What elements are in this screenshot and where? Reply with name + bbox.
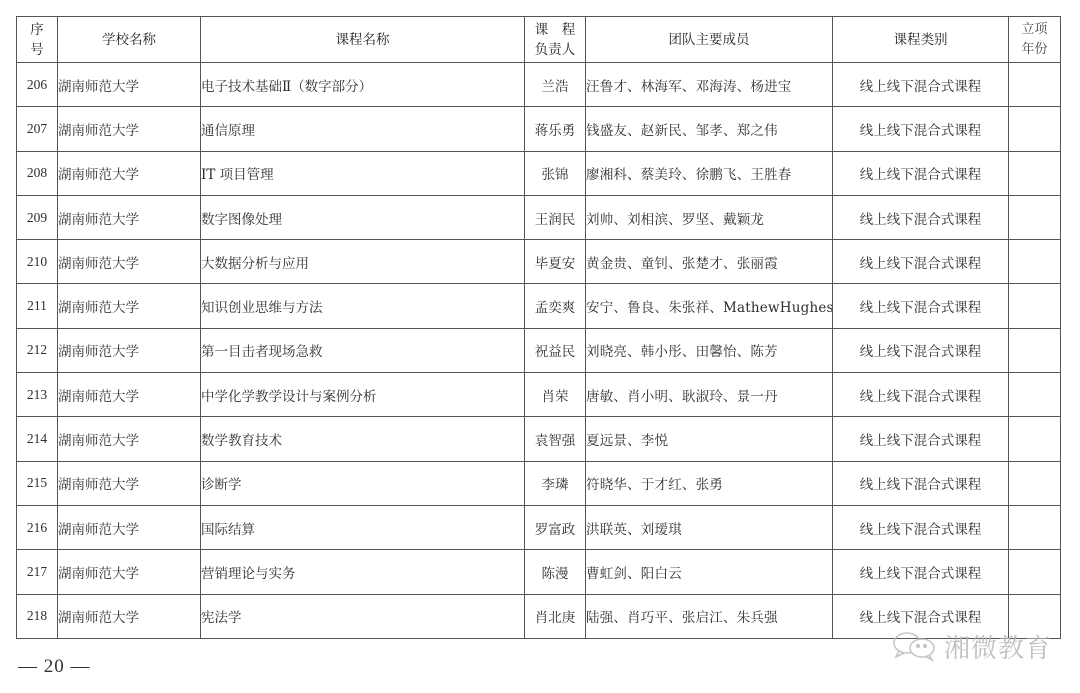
cell-year: [1009, 151, 1061, 195]
table-row: 211湖南师范大学知识创业思维与方法孟奕爽安宁、鲁良、朱张祥、MathewHug…: [17, 284, 1061, 328]
cell-lead: 蒋乐勇: [525, 107, 586, 151]
cell-course: 中学化学教学设计与案例分析: [201, 373, 525, 417]
cell-num: 206: [17, 63, 58, 107]
cell-year: [1009, 417, 1061, 461]
cell-team: 唐敏、肖小明、耿淑玲、景一丹: [586, 373, 833, 417]
cell-num: 212: [17, 328, 58, 372]
cell-lead: 袁智强: [525, 417, 586, 461]
cell-type: 线上线下混合式课程: [833, 417, 1009, 461]
cell-team: 曹虹剑、阳白云: [586, 550, 833, 594]
cell-year: [1009, 328, 1061, 372]
cell-course: 第一目击者现场急救: [201, 328, 525, 372]
cell-team: 夏远景、李悦: [586, 417, 833, 461]
cell-type: 线上线下混合式课程: [833, 328, 1009, 372]
cell-team: 陆强、肖巧平、张启江、朱兵强: [586, 594, 833, 638]
cell-school: 湖南师范大学: [58, 461, 201, 505]
cell-num: 218: [17, 594, 58, 638]
cell-num: 207: [17, 107, 58, 151]
cell-lead: 陈漫: [525, 550, 586, 594]
cell-course: 数字图像处理: [201, 195, 525, 239]
table-row: 207湖南师范大学通信原理蒋乐勇钱盛友、赵新民、邹孝、郑之伟线上线下混合式课程: [17, 107, 1061, 151]
cell-team: 刘晓亮、韩小彤、田馨怡、陈芳: [586, 328, 833, 372]
cell-course: 国际结算: [201, 505, 525, 549]
table-row: 210湖南师范大学大数据分析与应用毕夏安黄金贵、童钊、张楚才、张丽霞线上线下混合…: [17, 240, 1061, 284]
cell-type: 线上线下混合式课程: [833, 240, 1009, 284]
table-row: 208湖南师范大学IT 项目管理张锦廖湘科、蔡美玲、徐鹏飞、王胜春线上线下混合式…: [17, 151, 1061, 195]
header-type: 课程类别: [833, 17, 1009, 63]
cell-num: 214: [17, 417, 58, 461]
cell-lead: 兰浩: [525, 63, 586, 107]
table-row: 214湖南师范大学数学教育技术袁智强夏远景、李悦线上线下混合式课程: [17, 417, 1061, 461]
document-page: 序 号 学校名称 课程名称 课 程 负责人 团队主要成员 课程类别 立项 年份 …: [0, 0, 1080, 693]
cell-team: 钱盛友、赵新民、邹孝、郑之伟: [586, 107, 833, 151]
cell-course: 知识创业思维与方法: [201, 284, 525, 328]
cell-lead: 祝益民: [525, 328, 586, 372]
cell-school: 湖南师范大学: [58, 240, 201, 284]
cell-year: [1009, 550, 1061, 594]
cell-school: 湖南师范大学: [58, 594, 201, 638]
table-row: 212湖南师范大学第一目击者现场急救祝益民刘晓亮、韩小彤、田馨怡、陈芳线上线下混…: [17, 328, 1061, 372]
cell-num: 210: [17, 240, 58, 284]
header-lead: 课 程 负责人: [525, 17, 586, 63]
cell-course: 营销理论与实务: [201, 550, 525, 594]
cell-num: 213: [17, 373, 58, 417]
table-row: 206湖南师范大学电子技术基础Ⅱ（数字部分）兰浩汪鲁才、林海军、邓海涛、杨进宝线…: [17, 63, 1061, 107]
cell-team: 刘帅、刘相滨、罗坚、戴颖龙: [586, 195, 833, 239]
cell-num: 211: [17, 284, 58, 328]
course-table: 序 号 学校名称 课程名称 课 程 负责人 团队主要成员 课程类别 立项 年份 …: [16, 16, 1061, 639]
cell-school: 湖南师范大学: [58, 417, 201, 461]
header-team: 团队主要成员: [586, 17, 833, 63]
cell-type: 线上线下混合式课程: [833, 461, 1009, 505]
cell-team: 廖湘科、蔡美玲、徐鹏飞、王胜春: [586, 151, 833, 195]
cell-course: 诊断学: [201, 461, 525, 505]
cell-team: 黄金贵、童钊、张楚才、张丽霞: [586, 240, 833, 284]
wechat-icon: [892, 629, 938, 663]
cell-type: 线上线下混合式课程: [833, 284, 1009, 328]
page-number: — 20 —: [18, 656, 91, 678]
cell-school: 湖南师范大学: [58, 107, 201, 151]
cell-type: 线上线下混合式课程: [833, 63, 1009, 107]
cell-num: 209: [17, 195, 58, 239]
cell-lead: 肖荣: [525, 373, 586, 417]
table-row: 216湖南师范大学国际结算罗富政洪联英、刘瑷琪线上线下混合式课程: [17, 505, 1061, 549]
table-row: 217湖南师范大学营销理论与实务陈漫曹虹剑、阳白云线上线下混合式课程: [17, 550, 1061, 594]
cell-school: 湖南师范大学: [58, 328, 201, 372]
cell-year: [1009, 240, 1061, 284]
cell-num: 217: [17, 550, 58, 594]
table-row: 215湖南师范大学诊断学李璘符晓华、于才红、张勇线上线下混合式课程: [17, 461, 1061, 505]
cell-course: 大数据分析与应用: [201, 240, 525, 284]
cell-year: [1009, 63, 1061, 107]
cell-year: [1009, 107, 1061, 151]
cell-lead: 毕夏安: [525, 240, 586, 284]
cell-school: 湖南师范大学: [58, 550, 201, 594]
cell-num: 208: [17, 151, 58, 195]
cell-lead: 王润民: [525, 195, 586, 239]
header-num-line1: 序: [17, 20, 57, 40]
cell-course: IT 项目管理: [201, 151, 525, 195]
cell-year: [1009, 284, 1061, 328]
cell-course: 电子技术基础Ⅱ（数字部分）: [201, 63, 525, 107]
cell-school: 湖南师范大学: [58, 505, 201, 549]
cell-lead: 李璘: [525, 461, 586, 505]
cell-lead: 孟奕爽: [525, 284, 586, 328]
cell-lead: 张锦: [525, 151, 586, 195]
cell-year: [1009, 373, 1061, 417]
cell-course: 宪法学: [201, 594, 525, 638]
cell-year: [1009, 461, 1061, 505]
cell-team: 符晓华、于才红、张勇: [586, 461, 833, 505]
header-year: 立项 年份: [1009, 17, 1061, 63]
cell-type: 线上线下混合式课程: [833, 550, 1009, 594]
watermark-text: 湘微教育: [944, 628, 1052, 665]
cell-num: 215: [17, 461, 58, 505]
cell-school: 湖南师范大学: [58, 373, 201, 417]
header-lead-line2: 负责人: [525, 40, 585, 60]
header-school: 学校名称: [58, 17, 201, 63]
cell-team: 安宁、鲁良、朱张祥、MathewHughes: [586, 284, 833, 328]
cell-num: 216: [17, 505, 58, 549]
header-num-line2: 号: [17, 40, 57, 60]
cell-type: 线上线下混合式课程: [833, 505, 1009, 549]
cell-type: 线上线下混合式课程: [833, 195, 1009, 239]
cell-lead: 罗富政: [525, 505, 586, 549]
cell-course: 数学教育技术: [201, 417, 525, 461]
table-body: 206湖南师范大学电子技术基础Ⅱ（数字部分）兰浩汪鲁才、林海军、邓海涛、杨进宝线…: [17, 63, 1061, 639]
cell-year: [1009, 195, 1061, 239]
cell-school: 湖南师范大学: [58, 195, 201, 239]
cell-school: 湖南师范大学: [58, 151, 201, 195]
cell-year: [1009, 505, 1061, 549]
header-year-line2: 年份: [1009, 40, 1060, 60]
table-row: 209湖南师范大学数字图像处理王润民刘帅、刘相滨、罗坚、戴颖龙线上线下混合式课程: [17, 195, 1061, 239]
header-course: 课程名称: [201, 17, 525, 63]
cell-school: 湖南师范大学: [58, 284, 201, 328]
cell-course: 通信原理: [201, 107, 525, 151]
cell-team: 洪联英、刘瑷琪: [586, 505, 833, 549]
cell-type: 线上线下混合式课程: [833, 151, 1009, 195]
header-lead-line1: 课 程: [525, 20, 585, 40]
cell-team: 汪鲁才、林海军、邓海涛、杨进宝: [586, 63, 833, 107]
cell-lead: 肖北庚: [525, 594, 586, 638]
header-year-line1: 立项: [1009, 20, 1060, 40]
cell-type: 线上线下混合式课程: [833, 373, 1009, 417]
cell-school: 湖南师范大学: [58, 63, 201, 107]
table-row: 213湖南师范大学中学化学教学设计与案例分析肖荣唐敏、肖小明、耿淑玲、景一丹线上…: [17, 373, 1061, 417]
watermark: 湘微教育: [892, 628, 1052, 664]
table-header-row: 序 号 学校名称 课程名称 课 程 负责人 团队主要成员 课程类别 立项 年份: [17, 17, 1061, 63]
header-num: 序 号: [17, 17, 58, 63]
cell-type: 线上线下混合式课程: [833, 107, 1009, 151]
